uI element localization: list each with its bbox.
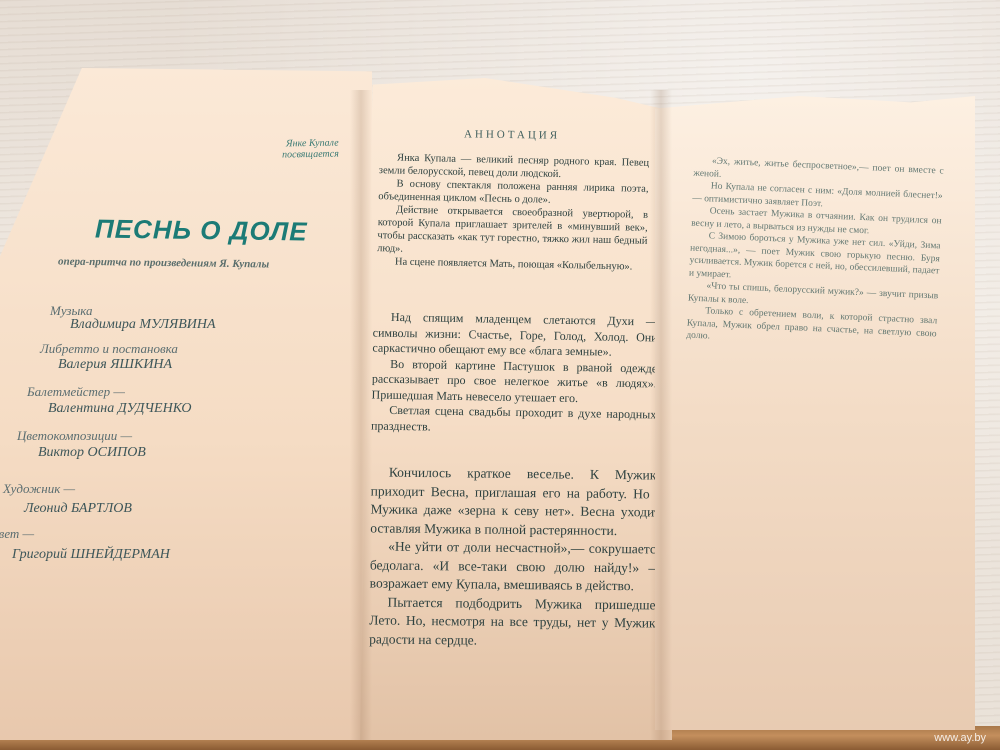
paragraph: Кончилось краткое веселье. К Мужику прих… [370,463,663,540]
program-title: ПЕСНЬ О ДОЛЕ [95,214,308,248]
annotation-heading: АННОТАЦИЯ [464,128,560,141]
paragraph: Действие открывается своеобразной увертю… [377,203,648,261]
credit-role-color: Цветокомпозиции — [17,428,132,444]
paragraph: Пытается подбодрить Мужика пришедшее Лет… [369,593,662,652]
credit-role-artist: Художник — [3,481,75,497]
annotation-text-middle: Над спящим младенцем слетаются Духи — си… [371,310,658,439]
paragraph: Светлая сцена свадьбы проходит в духе на… [371,403,656,439]
annotation-text-top: Янка Купала — великий песняр родного кра… [377,151,649,274]
paragraph: «Не уйти от доли несчастной»,— сокрушает… [370,537,663,596]
fold-crease-right [650,90,672,740]
credit-role-libretto: Либретто и постановка [40,341,178,357]
credit-role-light: Свет — [0,526,34,542]
paragraph: Во второй картине Пастушок в рваной одеж… [371,356,657,407]
right-page-text: «Эх, житье, житье беспросветное»,— поет … [686,155,944,353]
dedication-line-2: посвящается [282,149,339,161]
credit-name-music: Владимира МУЛЯВИНА [70,317,216,333]
credit-role-ballet: Балетмейстер — [27,384,125,400]
paragraph: Над спящим младенцем слетаются Духи — си… [372,310,658,361]
credit-name-artist: Леонид БАРТЛОВ [24,501,132,517]
annotation-text-bottom: Кончилось краткое веселье. К Мужику прих… [369,463,663,651]
credit-name-libretto: Валерия ЯШКИНА [58,357,172,373]
credit-name-ballet: Валентина ДУДЧЕНКО [48,401,191,417]
watermark: www.ay.by [934,732,986,744]
dedication: Янке Купале посвящается [282,138,339,161]
credit-name-light: Григорий ШНЕЙДЕРМАН [12,547,170,563]
credit-name-color: Виктор ОСИПОВ [38,445,146,461]
